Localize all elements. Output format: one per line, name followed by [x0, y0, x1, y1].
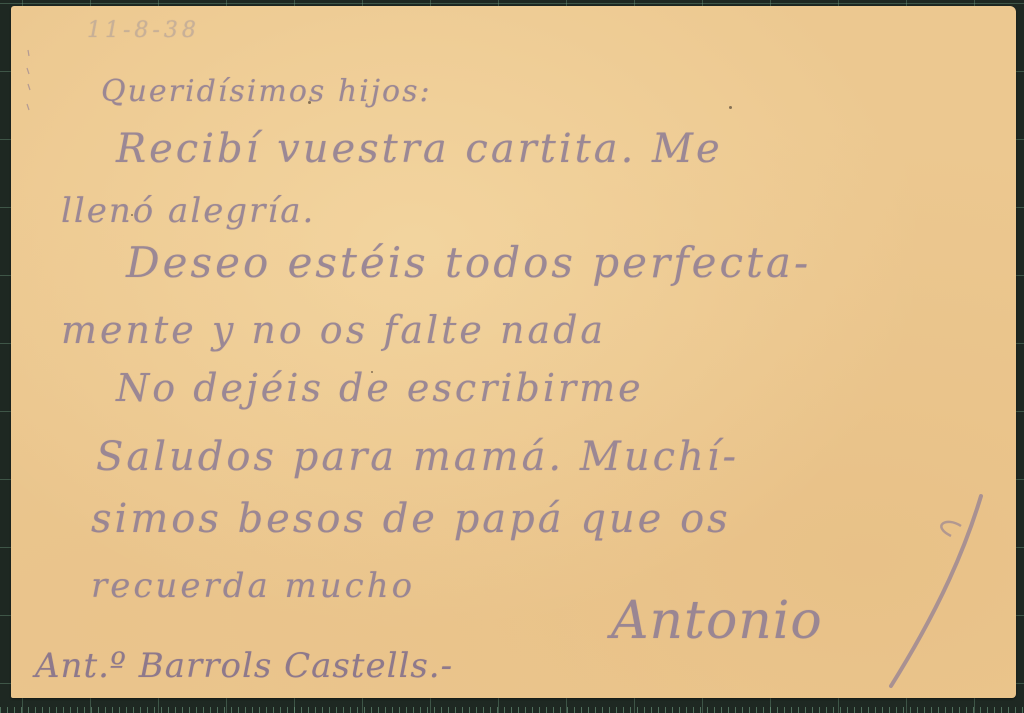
letter-line: mente y no os falte nada — [61, 308, 606, 352]
letter-line: simos besos de papá que os — [91, 496, 731, 542]
margin-marks — [24, 46, 32, 116]
letter-line: Saludos para mamá. Muchí- — [96, 434, 739, 480]
letter-salutation: Queridísimos hijos: — [101, 74, 432, 109]
letter-closing: recuerda mucho — [91, 566, 415, 606]
letter-line: Recibí vuestra cartita. Me — [116, 126, 723, 172]
letter-line: No dejéis de escribirme — [116, 366, 644, 410]
signature: Antonio — [611, 591, 823, 651]
signature-flourish — [851, 486, 1001, 696]
sender-name: Ant.º Barrols Castells.- — [35, 646, 453, 686]
mat-ruler-ticks — [0, 698, 1024, 713]
postcard: 11-8-38 Queridísimos hijos: Recibí vuest… — [11, 6, 1016, 698]
letter-line: Deseo estéis todos perfecta- — [126, 238, 811, 287]
letter-date: 11-8-38 — [87, 18, 200, 43]
letter-line: llenó alegría. — [61, 191, 315, 231]
ink-speck — [729, 106, 732, 109]
